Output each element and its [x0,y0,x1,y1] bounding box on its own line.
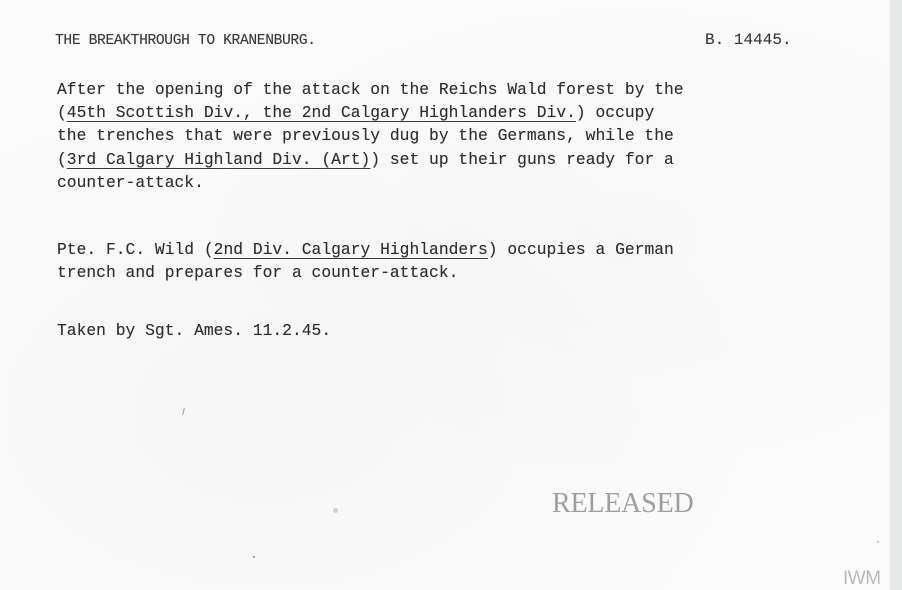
paragraph-description: After the opening of the attack on the R… [57,78,684,194]
p2-line1-prefix: Pte. F.C. Wild ( [57,240,214,259]
p2-line2: trench and prepares for a counter-attack… [57,263,458,282]
scan-edge-strip [890,0,902,590]
p1-line4-underlined: 3rd Calgary Highland Div. (Art) [67,150,371,169]
released-stamp: RELEASED [552,488,694,520]
p1-line4-close: ) set up their guns ready for a [370,150,674,169]
paper-mark [182,408,185,415]
caption-card: THE BREAKTHROUGH TO KRANENBURG. B. 14445… [0,0,890,590]
paper-speck [333,508,338,513]
p1-line2-close: ) occupy [576,103,654,122]
p1-line5: counter-attack. [57,173,204,192]
p2-line1-suffix: ) occupies a German [488,240,674,259]
p1-line2-underlined: 45th Scottish Div., the 2nd Calgary High… [67,103,576,122]
p1-line4-open: ( [57,150,67,169]
p2-line1-underlined: 2nd Div. Calgary Highlanders [214,240,488,259]
p3-line1: Taken by Sgt. Ames. 11.2.45. [57,321,331,340]
reference-number: B. 14445. [705,31,792,49]
p1-line2-open: ( [57,103,67,122]
paper-speck [877,541,879,543]
paragraph-subject: Pte. F.C. Wild (2nd Div. Calgary Highlan… [57,238,674,284]
document-title: THE BREAKTHROUGH TO KRANENBURG. [55,33,316,49]
paper-speck [253,556,255,558]
paragraph-credit: Taken by Sgt. Ames. 11.2.45. [57,319,331,342]
p1-line3: the trenches that were previously dug by… [57,126,674,145]
p1-line1: After the opening of the attack on the R… [57,80,684,99]
iwm-watermark: IWM [843,568,881,590]
